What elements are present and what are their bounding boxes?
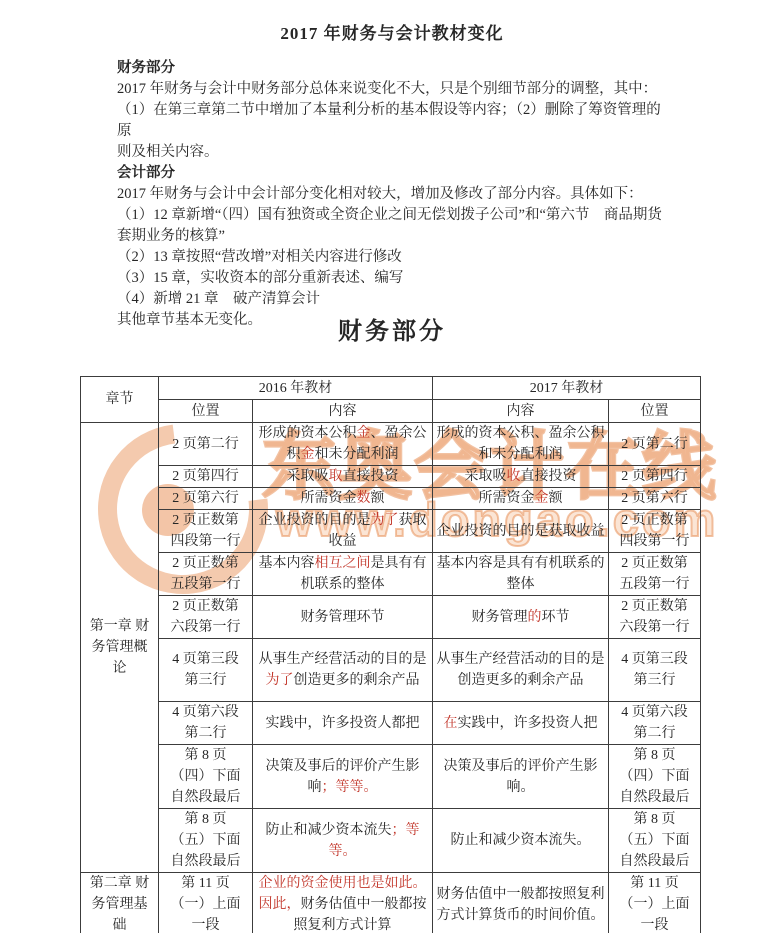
cell-pos-2017: 4 页第三段 第三行 [609,639,701,702]
cell-pos-2016: 2 页第四行 [159,466,253,488]
accounting-line: （1）12 章新增“（四）国有独资或全资企业之间无偿划拨子公司”和“第六节 商品… [117,205,673,226]
text-segment: 额 [549,491,563,506]
header-content-2016: 内容 [253,400,433,423]
cell-content-2016: 实践中，许多投资人都把 [253,702,433,745]
section-title: 财务部分 [0,311,784,346]
text-segment: 4 页第六段 第二行 [172,705,239,741]
text-segment: 财务估值中一般都按照复利方式计算货币的时间价值。 [437,887,605,923]
changed-text-segment: 收 [507,469,521,484]
cell-pos-2017: 2 页第二行 [609,423,701,466]
text-segment: 形成的资本公积、盈余公积和未分配利润 [437,426,605,462]
changed-text-segment: 的 [528,610,542,625]
cell-pos-2017: 2 页第四行 [609,466,701,488]
cell-pos-2017: 2 页第六行 [609,488,701,510]
cell-content-2016: 采取吸取直接投资 [253,466,433,488]
changed-text-segment: 取 [329,469,343,484]
changed-text-segment: ；等等。 [322,780,378,795]
cell-pos-2016: 2 页正数第 四段第一行 [159,510,253,553]
text-segment: 第 11 页 （一）上面 一段 [171,876,241,933]
text-segment: 直接投资 [343,469,399,484]
cell-content-2016: 防止和减少资本流失；等等。 [253,809,433,873]
text-segment: 防止和减少资本流失。 [451,833,591,848]
accounting-line: （3）15 章，实收资本的部分重新表述、编写 [117,268,673,289]
header-2016: 2016 年教材 [159,377,433,400]
changed-text-segment: 为了 [371,513,399,528]
changes-table: 章节 2016 年教材 2017 年教材 位置 内容 内容 位置 第一章 财 务… [80,376,701,933]
text-segment: 4 页第三段 第三行 [172,652,239,688]
text-segment: 2 页正数第 六段第一行 [171,599,241,635]
text-segment: 第 8 页 （五）下面 自然段最后 [171,812,241,869]
cell-pos-2017: 第 11 页 （一）上面 一段 [609,873,701,933]
changed-text-segment: 金 [357,426,371,441]
text-segment: 采取吸 [465,469,507,484]
table-body: 第一章 财 务管理概 论2 页第二行形成的资本公积金、盈余公积金和未分配利润形成… [81,423,701,933]
cell-content-2016: 基本内容相互之间是具有有机联系的整体 [253,553,433,596]
cell-content-2016: 从事生产经营活动的目的是为了创造更多的剩余产品 [253,639,433,702]
finance-line: 则及相关内容。 [117,142,673,163]
cell-pos-2016: 2 页第二行 [159,423,253,466]
changed-text-segment: 金 [535,491,549,506]
cell-content-2017: 所需资金金额 [433,488,609,510]
text-segment: 财务管理 [472,610,528,625]
accounting-line: 套期业务的核算” [117,226,673,247]
cell-chapter: 第二章 财 务管理基 础 [81,873,159,933]
text-segment: 从事生产经营活动的目的是 [259,652,427,667]
cell-pos-2017: 第 8 页 （四）下面 自然段最后 [609,745,701,809]
cell-pos-2016: 第 8 页 （四）下面 自然段最后 [159,745,253,809]
text-segment: 额 [371,491,385,506]
text-segment: 2 页第六行 [172,491,239,506]
text-segment: 基本内容 [259,556,315,571]
text-segment: 创造更多的剩余产品 [294,673,420,688]
changed-text-segment: 金 [301,447,315,462]
cell-content-2017: 财务估值中一般都按照复利方式计算货币的时间价值。 [433,873,609,933]
cell-pos-2017: 4 页第六段 第二行 [609,702,701,745]
text-segment: 2 页正数第 四段第一行 [171,513,241,549]
cell-pos-2016: 2 页正数第 六段第一行 [159,596,253,639]
table-row: 第二章 财 务管理基 础第 11 页 （一）上面 一段企业的资金使用也是如此。因… [81,873,701,933]
cell-pos-2017: 2 页正数第 五段第一行 [609,553,701,596]
header-content-2017: 内容 [433,400,609,423]
cell-content-2017: 防止和减少资本流失。 [433,809,609,873]
cell-pos-2017: 2 页正数第 六段第一行 [609,596,701,639]
cell-content-2016: 形成的资本公积金、盈余公积金和未分配利润 [253,423,433,466]
table-row: 2 页正数第 五段第一行基本内容相互之间是具有有机联系的整体基本内容是具有有机联… [81,553,701,596]
finance-line: （1）在第三章第二节中增加了本量利分析的基本假设等内容；（2）删除了筹资管理的原 [117,100,673,142]
table-row: 4 页第三段 第三行从事生产经营活动的目的是为了创造更多的剩余产品从事生产经营活… [81,639,701,702]
cell-pos-2016: 第 8 页 （五）下面 自然段最后 [159,809,253,873]
cell-content-2016: 企业的资金使用也是如此。因此，财务估值中一般都按照复利方式计算 [253,873,433,933]
cell-content-2017: 从事生产经营活动的目的是创造更多的剩余产品 [433,639,609,702]
cell-pos-2017: 2 页正数第 四段第一行 [609,510,701,553]
text-segment: 2 页正数第 六段第一行 [620,599,690,635]
cell-content-2017: 基本内容是具有有机联系的整体 [433,553,609,596]
text-segment: 2 页正数第 四段第一行 [620,513,690,549]
text-segment: 直接投资 [521,469,577,484]
cell-content-2016: 所需资金数额 [253,488,433,510]
text-segment: 决策及事后的评价产生影响。 [444,759,598,795]
cell-content-2016: 财务管理环节 [253,596,433,639]
text-segment: 防止和减少资本流失 [266,823,392,838]
cell-pos-2016: 4 页第六段 第二行 [159,702,253,745]
text-segment: 4 页第三段 第三行 [621,652,688,688]
text-segment: 2 页第四行 [621,469,688,484]
text-segment: 2 页第二行 [621,437,688,452]
text-segment: 第 8 页 （五）下面 自然段最后 [620,812,690,869]
cell-content-2017: 决策及事后的评价产生影响。 [433,745,609,809]
text-segment: 第 11 页 （一）上面 一段 [620,876,690,933]
intro-block: 财务部分 2017 年财务与会计中财务部分总体来说变化不大，只是个别细节部分的调… [117,58,673,331]
text-segment: 实践中，许多投资人都把 [266,716,420,731]
header-row-years: 章节 2016 年教材 2017 年教材 [81,377,701,400]
cell-pos-2016: 4 页第三段 第三行 [159,639,253,702]
accounting-line: （4）新增 21 章 破产清算会计 [117,289,673,310]
table-row: 第 8 页 （四）下面 自然段最后决策及事后的评价产生影响；等等。决策及事后的评… [81,745,701,809]
table-row: 2 页第四行采取吸取直接投资采取吸收直接投资2 页第四行 [81,466,701,488]
text-segment: 实践中，许多投资人把 [458,716,598,731]
changed-text-segment: 在 [444,716,458,731]
text-segment: 环节 [542,610,570,625]
header-chapter: 章节 [81,377,159,423]
text-segment: 采取吸 [287,469,329,484]
text-segment: 形成的资本公积 [259,426,357,441]
text-segment: 基本内容是具有有机联系的整体 [437,556,605,592]
changed-text-segment: 相互之间 [315,556,371,571]
cell-content-2017: 财务管理的环节 [433,596,609,639]
changed-text-segment: 数 [357,491,371,506]
cell-content-2016: 决策及事后的评价产生影响；等等。 [253,745,433,809]
table-row: 第 8 页 （五）下面 自然段最后防止和减少资本流失；等等。防止和减少资本流失。… [81,809,701,873]
text-segment: 从事生产经营活动的目的是创造更多的剩余产品 [437,652,605,688]
table-wrap: 章节 2016 年教材 2017 年教材 位置 内容 内容 位置 第一章 财 务… [80,376,701,933]
text-segment: 2 页第二行 [172,437,239,452]
text-segment: 企业投资的目的是 [259,513,371,528]
text-segment: 和未分配利润 [315,447,399,462]
cell-pos-2016: 2 页第六行 [159,488,253,510]
cell-content-2017: 形成的资本公积、盈余公积和未分配利润 [433,423,609,466]
table-row: 2 页正数第 六段第一行财务管理环节财务管理的环节2 页正数第 六段第一行 [81,596,701,639]
text-segment: 财务估值中一般都按照复利方式计算 [294,897,427,933]
header-2017: 2017 年教材 [433,377,701,400]
table-row: 2 页正数第 四段第一行企业投资的目的是为了获取收益企业投资的目的是获取收益2 … [81,510,701,553]
text-segment: 财务管理环节 [301,610,385,625]
cell-content-2016: 企业投资的目的是为了获取收益 [253,510,433,553]
cell-pos-2017: 第 8 页 （五）下面 自然段最后 [609,809,701,873]
table-row: 第一章 财 务管理概 论2 页第二行形成的资本公积金、盈余公积金和未分配利润形成… [81,423,701,466]
finance-heading: 财务部分 [117,58,673,79]
cell-content-2017: 企业投资的目的是获取收益 [433,510,609,553]
header-pos-2017: 位置 [609,400,701,423]
accounting-line: 2017 年财务与会计中会计部分变化相对较大，增加及修改了部分内容。具体如下： [117,184,673,205]
text-segment: 2 页正数第 五段第一行 [171,556,241,592]
text-segment: 4 页第六段 第二行 [621,705,688,741]
text-segment: 2 页第六行 [621,491,688,506]
text-segment: 所需资金 [301,491,357,506]
finance-line: 2017 年财务与会计中财务部分总体来说变化不大，只是个别细节部分的调整，其中： [117,79,673,100]
accounting-heading: 会计部分 [117,163,673,184]
cell-pos-2016: 2 页正数第 五段第一行 [159,553,253,596]
text-segment: 企业投资的目的是获取收益 [437,524,605,539]
cell-chapter: 第一章 财 务管理概 论 [81,423,159,873]
text-segment: 2 页第四行 [172,469,239,484]
text-segment: 第 8 页 （四）下面 自然段最后 [620,748,690,805]
cell-content-2017: 在实践中，许多投资人把 [433,702,609,745]
header-row-cols: 位置 内容 内容 位置 [81,400,701,423]
cell-content-2017: 采取吸收直接投资 [433,466,609,488]
text-segment: 第 8 页 （四）下面 自然段最后 [171,748,241,805]
accounting-line: （2）13 章按照“营改增”对相关内容进行修改 [117,247,673,268]
text-segment: 所需资金 [479,491,535,506]
text-segment: 2 页正数第 五段第一行 [620,556,690,592]
table-row: 2 页第六行所需资金数额所需资金金额2 页第六行 [81,488,701,510]
header-pos-2016: 位置 [159,400,253,423]
page-title: 2017 年财务与会计教材变化 [0,19,784,44]
table-row: 4 页第六段 第二行实践中，许多投资人都把在实践中，许多投资人把4 页第六段 第… [81,702,701,745]
changed-text-segment: 为了 [266,673,294,688]
cell-pos-2016: 第 11 页 （一）上面 一段 [159,873,253,933]
